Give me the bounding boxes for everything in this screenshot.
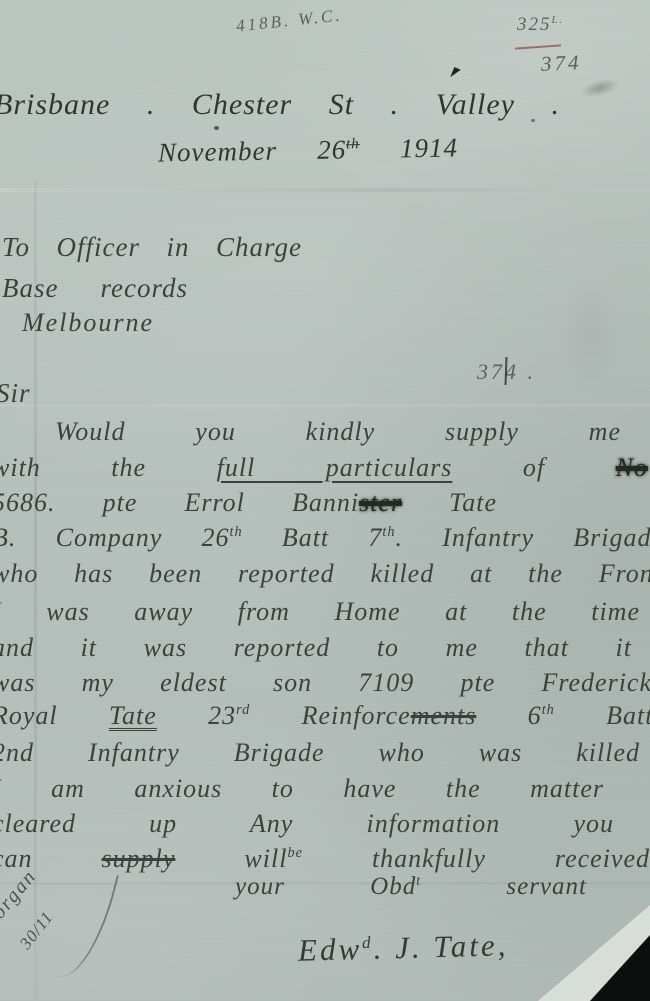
signature: Edwd. J. Tate, bbox=[298, 928, 509, 968]
text-segment: servant bbox=[421, 873, 587, 900]
registry-number-top-right: 325L. bbox=[517, 15, 564, 36]
text-segment: . Infantry Brigade bbox=[396, 523, 650, 552]
text-segment: Royal bbox=[0, 701, 109, 730]
text-segment: Reinforce bbox=[250, 701, 410, 730]
text-segment: of bbox=[452, 453, 615, 482]
double-underlined-surname: Tate bbox=[109, 701, 157, 730]
registry-annotation-top-center: 418B. W.C. bbox=[235, 6, 343, 36]
text-segment: Would you kindly supply me bbox=[55, 417, 621, 446]
struck-out-text: No bbox=[616, 453, 648, 482]
body-line-1: Would you kindly supply me bbox=[55, 418, 621, 447]
ink-blot-arrow bbox=[450, 67, 461, 80]
letter-page: 418B. W.C. 325L. 374 374 . Brisbane . Ch… bbox=[0, 0, 650, 1001]
body-line-8: was my eldest son 7109 pte Frederick bbox=[0, 669, 650, 698]
text-segment: I am anxious to have the matter bbox=[0, 774, 604, 803]
text-segment: thankfully received bbox=[303, 844, 650, 873]
text-segment: who has been reported killed at the Fron… bbox=[0, 559, 650, 588]
body-line-9: Royal Tate 23rd Reinforcements 6th Batt' bbox=[0, 702, 650, 731]
red-underline-mark bbox=[515, 44, 561, 49]
body-line-2: with the full particulars of No bbox=[0, 454, 648, 483]
page-corner-shadow bbox=[590, 935, 650, 1001]
text-segment: 23 bbox=[157, 701, 236, 730]
struck-text: ments bbox=[411, 701, 477, 730]
text-segment: Batt' bbox=[555, 701, 650, 730]
date-year: 1914 bbox=[400, 132, 459, 163]
text-segment: B. Company 26 bbox=[0, 523, 229, 552]
text-segment: will bbox=[175, 844, 287, 873]
registry-number-value: 325 bbox=[517, 14, 552, 35]
date-ordinal-suffix: th bbox=[346, 144, 360, 145]
recipient-line-3: Melbourne bbox=[22, 309, 154, 338]
body-line-5: who has been reported killed at the Fron… bbox=[0, 560, 650, 589]
text-segment: Batt 7 bbox=[243, 523, 383, 552]
text-segment: Edw bbox=[298, 931, 363, 968]
paper-stain bbox=[560, 275, 620, 395]
underlined-text: full particulars bbox=[217, 453, 453, 482]
text-segment: 5686. pte Errol Banni bbox=[0, 488, 359, 517]
body-line-11: I am anxious to have the matter bbox=[0, 775, 604, 804]
date-main: November 26 bbox=[158, 134, 347, 167]
pencil-smudge bbox=[579, 75, 622, 101]
body-line-12: cleared up Any information you bbox=[0, 810, 614, 839]
horizontal-crease-middle bbox=[0, 404, 650, 407]
place-line: Brisbane . Chester St . Valley . bbox=[0, 88, 560, 121]
struck-out-text: ster bbox=[359, 488, 402, 517]
recipient-line-1: To Officer in Charge bbox=[2, 233, 302, 263]
text-segment: your Obd bbox=[235, 873, 416, 900]
text-segment: . J. Tate, bbox=[373, 927, 509, 966]
body-line-3: 5686. pte Errol Bannister Tate bbox=[0, 489, 497, 518]
text-segment: 2nd Infantry Brigade who was killed bbox=[0, 738, 640, 767]
recipient-line-2: Base records bbox=[2, 274, 188, 304]
file-number-top-right: 374 bbox=[541, 51, 582, 75]
body-line-6: I was away from Home at the time bbox=[0, 598, 640, 627]
text-segment: was my eldest son 7109 pte Frederick bbox=[0, 668, 650, 697]
body-line-7: and it was reported to me that it bbox=[0, 634, 632, 663]
struck-text: supply bbox=[102, 844, 176, 873]
text-segment: Tate bbox=[402, 488, 497, 517]
text-segment: I was away from Home at the time bbox=[0, 597, 640, 626]
horizontal-crease-top bbox=[0, 188, 650, 192]
text-segment: cleared up Any information you bbox=[0, 809, 614, 838]
salutation: Sir bbox=[0, 379, 31, 409]
body-line-10: 2nd Infantry Brigade who was killed bbox=[0, 739, 640, 768]
text-segment: with the bbox=[0, 453, 217, 482]
text-segment: and it was reported to me that it bbox=[0, 633, 632, 662]
closing-line: your Obdt servant bbox=[235, 873, 587, 901]
body-line-4: B. Company 26th Batt 7th. Infantry Briga… bbox=[0, 524, 650, 553]
date-line: November 26th 1914 bbox=[158, 133, 458, 168]
text-segment: 6 bbox=[476, 701, 541, 730]
ink-dot bbox=[214, 126, 219, 130]
